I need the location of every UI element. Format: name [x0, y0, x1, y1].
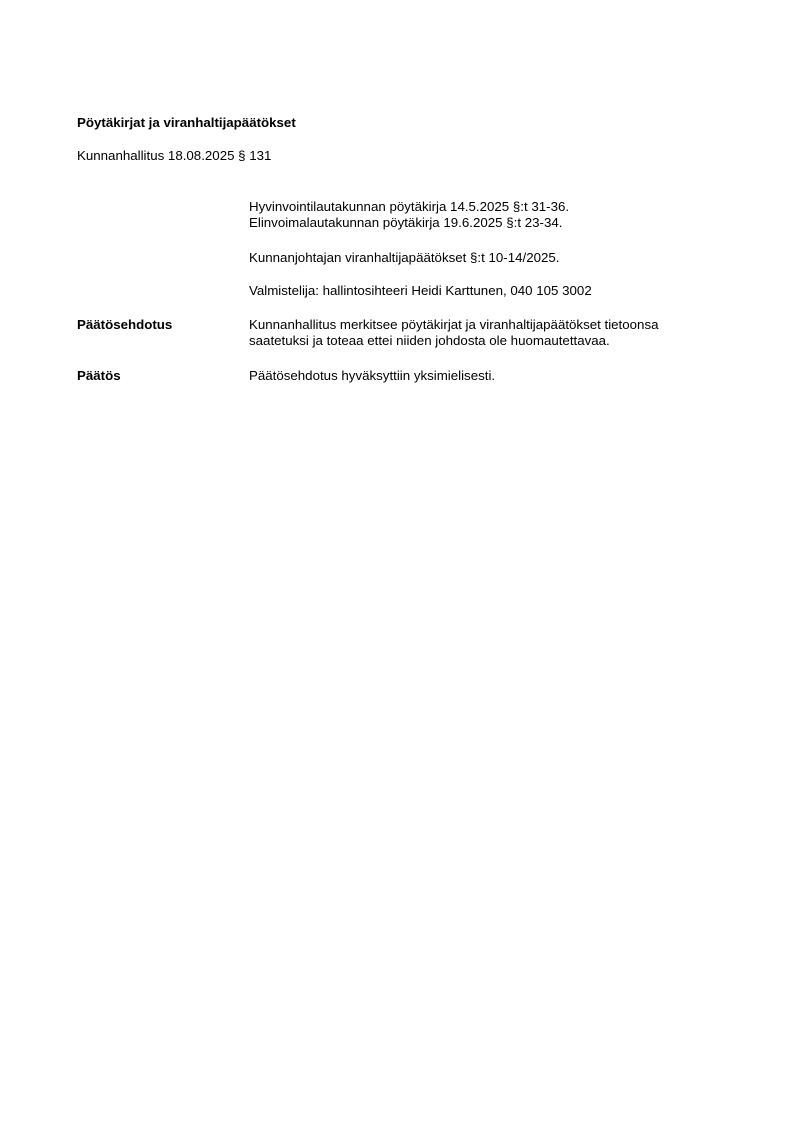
proposal-label: Päätösehdotus	[77, 317, 172, 333]
document-title: Pöytäkirjat ja viranhaltijapäätökset	[77, 115, 296, 131]
decision-text: Päätösehdotus hyväksyttiin yksimielisest…	[249, 368, 719, 384]
decision-label: Päätös	[77, 368, 121, 384]
meeting-reference: Kunnanhallitus 18.08.2025 § 131	[77, 148, 271, 164]
preparer-info: Valmistelija: hallintosihteeri Heidi Kar…	[249, 283, 592, 299]
document-page: Pöytäkirjat ja viranhaltijapäätökset Kun…	[0, 0, 794, 1123]
proposal-text-line-2: saatetuksi ja toteaa ettei niiden johdos…	[249, 333, 719, 349]
minutes-line-1: Hyvinvointilautakunnan pöytäkirja 14.5.2…	[249, 199, 569, 215]
official-decisions: Kunnanjohtajan viranhaltijapäätökset §:t…	[249, 250, 560, 266]
minutes-line-2: Elinvoimalautakunnan pöytäkirja 19.6.202…	[249, 215, 562, 231]
proposal-text: Kunnanhallitus merkitsee pöytäkirjat ja …	[249, 317, 719, 349]
proposal-text-line-1: Kunnanhallitus merkitsee pöytäkirjat ja …	[249, 317, 719, 333]
